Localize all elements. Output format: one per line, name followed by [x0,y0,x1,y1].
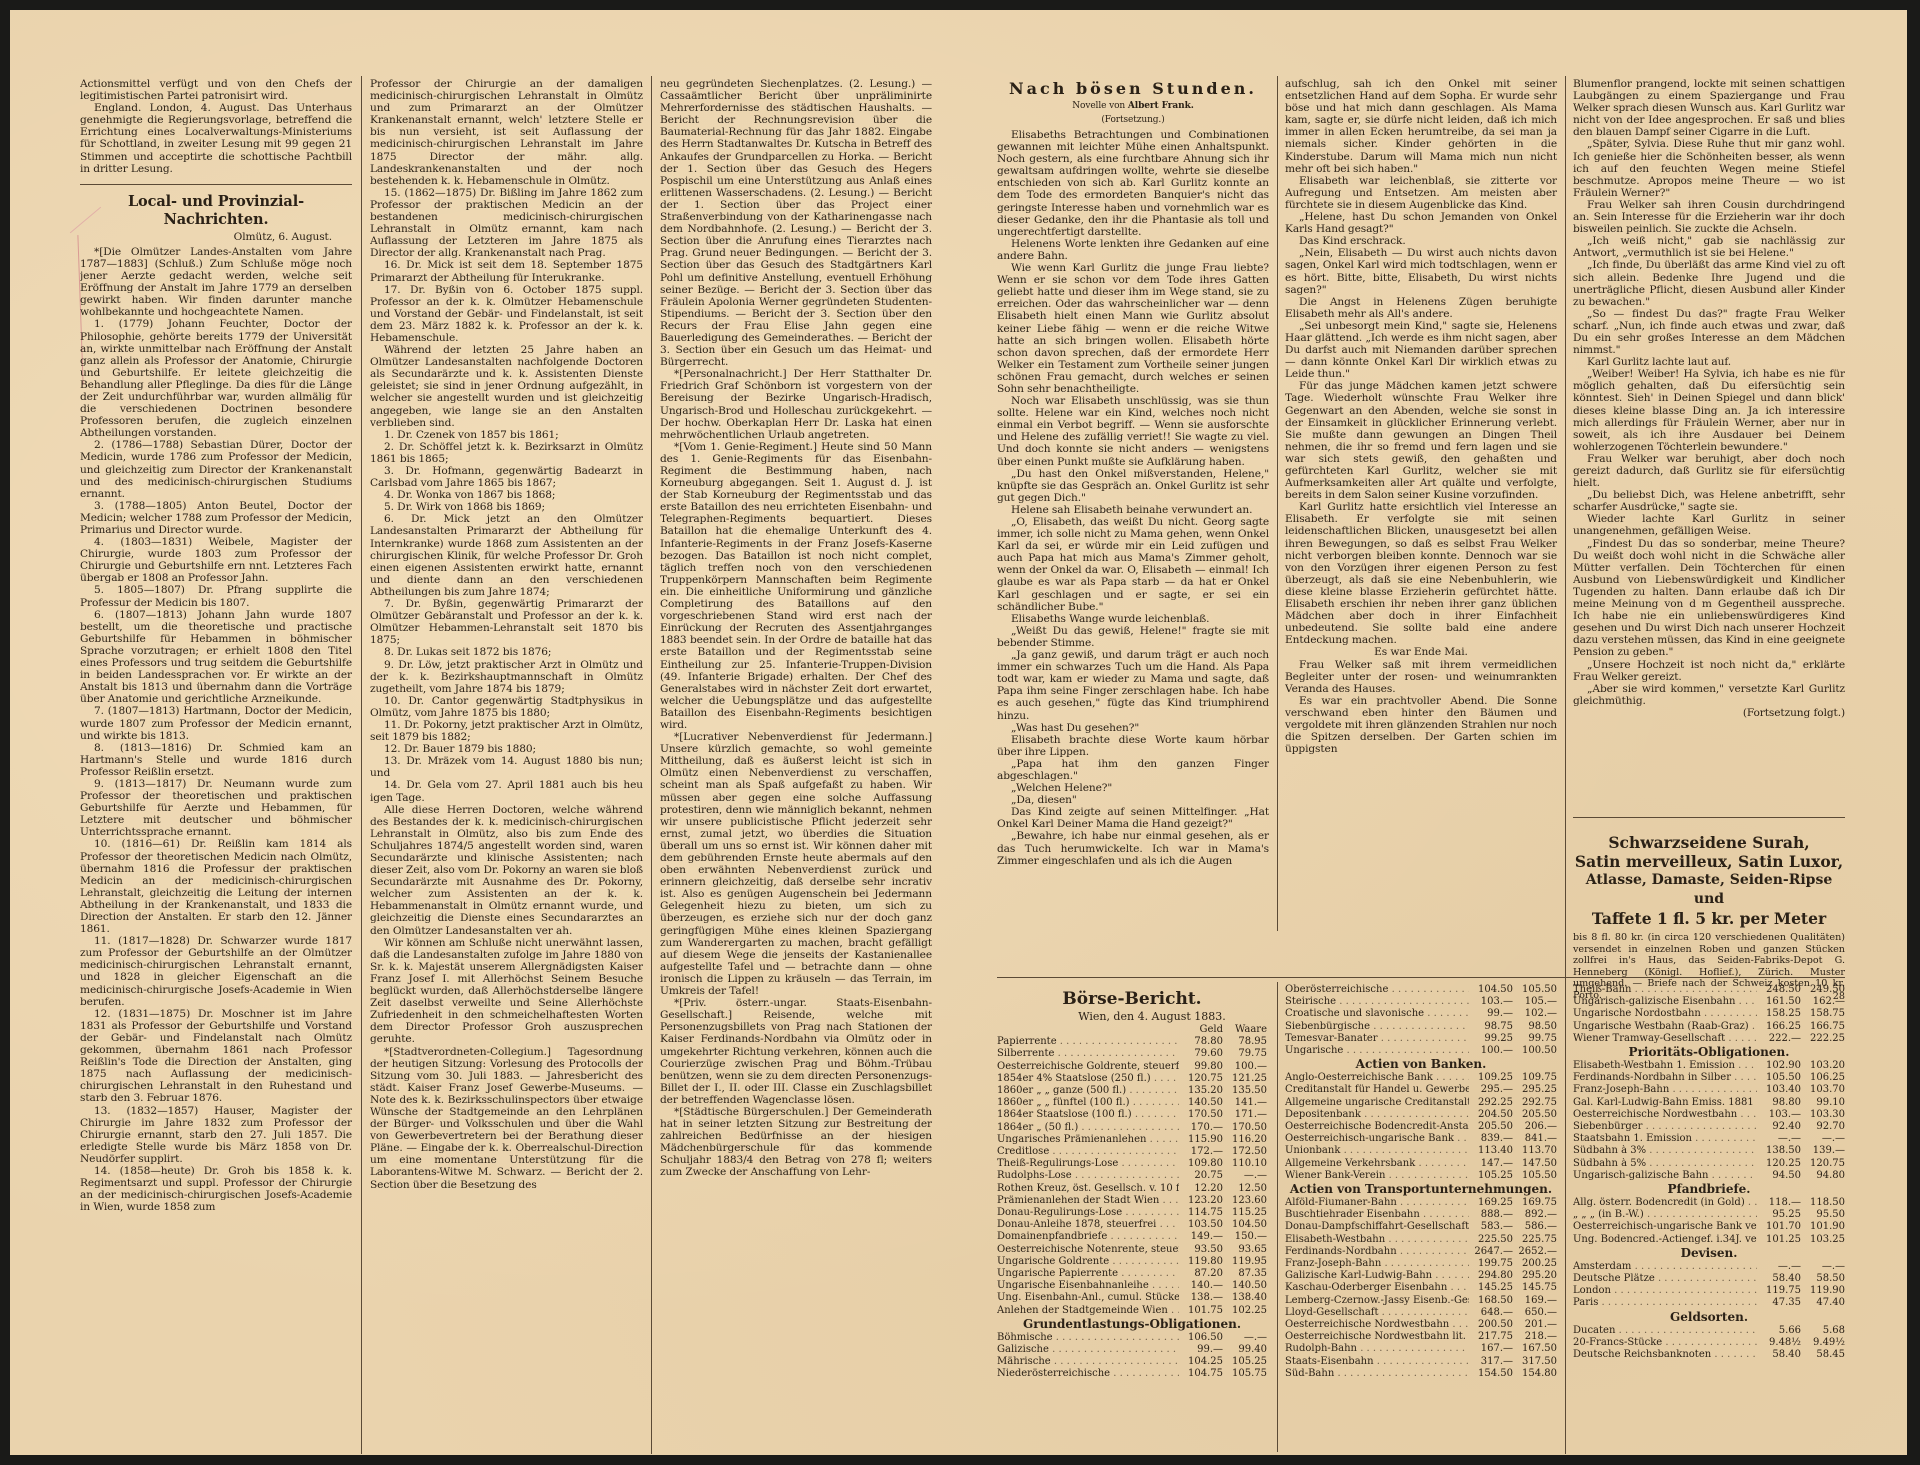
quote-name: Oesterreichische Nordwestbahn lit. B [1285,1331,1469,1343]
quote-row: Allgemeine ungarische Creditanstalt292.2… [1285,1097,1557,1109]
quote-row: Alföld-Fiumaner-Bahn169.25169.75 [1285,1197,1557,1209]
quote-waare: 78.95 [1223,1036,1267,1048]
quote-geld: 99.— [1469,1008,1513,1020]
quote-name: Mährische [997,1356,1179,1368]
quote-name: Staats-Eisenbahn [1285,1356,1469,1368]
quote-name: 20-Francs-Stücke [1573,1337,1757,1349]
quote-name: Rothen Kreuz, öst. Gesellsch. v. 10 fl. [997,1183,1179,1195]
quote-geld: 119.75 [1757,1285,1801,1297]
paragraph: „Ich finde, Du überläßt das arme Kind vi… [1573,259,1845,307]
quote-waare: 222.25 [1801,1033,1845,1045]
paragraph: „Ja ganz gewiß, und darum trägt er auch … [997,649,1269,722]
quote-name: Ung. Bodencred.-Actiengef. i.34J. verl. [1573,1234,1757,1246]
quote-waare: 295.25 [1513,1084,1557,1096]
quote-waare: 167.50 [1513,1343,1557,1355]
quote-geld: 103.40 [1757,1084,1801,1096]
paragraph: 14. Dr. Gela vom 27. April 1881 auch bis… [370,779,643,803]
quote-name: Rudolphs-Lose [997,1170,1179,1182]
quote-waare: 317.50 [1513,1356,1557,1368]
paragraph: „Unsere Hochzeit ist noch nicht da," erk… [1573,659,1845,683]
quote-waare: 154.80 [1513,1368,1557,1380]
quote-row: Staats-Eisenbahn317.—317.50 [1285,1356,1557,1368]
boerse-col-headers: Geld Waare [997,1024,1267,1036]
quote-geld: 115.90 [1179,1134,1223,1146]
paragraph: 13. Dr. Mräzek vom 14. August 1880 bis n… [370,755,643,779]
paragraph: Während der letzten 25 Jahre haben an Ol… [370,344,643,429]
quote-geld: 168.50 [1469,1295,1513,1307]
quote-name: Unionbank [1285,1145,1469,1157]
paragraph: *[Lucrativer Nebenverdienst für Jederman… [660,731,932,997]
quote-geld: 5.66 [1757,1325,1801,1337]
quote-name: Süd-Bahn [1285,1368,1469,1380]
quote-waare: 116.20 [1223,1134,1267,1146]
quote-row: Siebenbürger92.4092.70 [1573,1121,1845,1133]
quote-name: Siebenbürgische [1285,1021,1469,1033]
quote-row: Temesvar-Banater99.2599.75 [1285,1033,1557,1045]
quote-geld: 58.40 [1757,1349,1801,1361]
quote-waare: 105.75 [1223,1368,1267,1380]
column-2: Professor der Chirurgie an der damaligen… [370,78,643,1465]
quote-waare: 218.— [1513,1331,1557,1343]
paragraph: Wie wenn Karl Gurlitz die junge Frau lie… [997,262,1269,395]
paragraph: 6. Dr. Mick jetzt an den Olmützer Landes… [370,513,643,598]
quote-waare: 58.50 [1801,1273,1845,1285]
quote-name: 1854er 4% Staatslose (250 fl.) [997,1073,1179,1085]
quote-row: 1864er „ (50 fl.)170.—170.50 [997,1122,1267,1134]
novel-byline: Novelle von Albert Frank. [997,100,1269,113]
quote-name: Wiener Tramway-Gesellschaft [1573,1033,1757,1045]
quote-row: Ungarische Papierrente87.2087.35 [997,1268,1267,1280]
quote-geld: 79.60 [1179,1048,1223,1060]
quote-geld: 98.80 [1757,1097,1801,1109]
quote-name: Ungarisch-galizische Eisenbahn [1573,996,1757,1008]
quote-waare: 47.40 [1801,1297,1845,1309]
quote-name: Rudolph-Bahn [1285,1343,1469,1355]
quote-row: Ungarische Goldrente119.80119.95 [997,1256,1267,1268]
quote-row: „ „ „ (in B.-W.)95.2595.50 [1573,1209,1845,1221]
quote-name: Deutsche Reichsbanknoten [1573,1349,1757,1361]
paragraph: Frau Welker saß mit ihrem vermeidlichen … [1285,659,1557,695]
paragraph: „Bewahre, ich habe nur einmal gesehen, a… [997,830,1269,866]
quote-row: Niederösterreichische104.75105.75 [997,1368,1267,1380]
quote-row: Lloyd-Gesellschaft648.—650.— [1285,1307,1557,1319]
quote-waare: 158.75 [1801,1008,1845,1020]
quote-waare: 79.75 [1223,1048,1267,1060]
quote-name: Croatische und slavonische [1285,1008,1469,1020]
quote-row: Donau-Dampfschiffahrt-Gesellschaft583.—5… [1285,1221,1557,1233]
quote-row: Franz-Joseph-Bahn199.75200.25 [1285,1258,1557,1270]
dateline: Olmütz, 6. August. [80,231,352,243]
quote-geld: 78.80 [1179,1036,1223,1048]
quote-name: Franz-Joseph-Bahn [1573,1084,1757,1096]
paragraph: Das Kind zeigte auf seinen Mittelfinger.… [997,806,1269,830]
quote-geld: 205.50 [1469,1121,1513,1133]
quote-geld: 98.75 [1469,1021,1513,1033]
quote-waare: 103.25 [1801,1234,1845,1246]
quote-name: Ungarisch-galizische Bahn [1573,1170,1757,1182]
quote-name: London [1573,1285,1757,1297]
paragraph: Frau Welker war beruhigt, aber doch noch… [1573,453,1845,489]
quote-waare: 105.50 [1513,984,1557,996]
quote-geld: 101.75 [1179,1305,1223,1317]
quote-waare: 103.20 [1801,1060,1845,1072]
quote-waare: 94.80 [1801,1170,1845,1182]
paragraph: 4. Dr. Wonka von 1867 bis 1868; [370,489,643,501]
boerse-rule [997,977,1845,978]
paragraph: „Findest Du das so sonderbar, meine Theu… [1573,538,1845,659]
quote-row: Rudolphs-Lose20.75—.— [997,1170,1267,1182]
paragraph: „Sei unbesorgt mein Kind," sagte sie, He… [1285,320,1557,380]
quote-name: 1860er „ „ ganze (500 fl.) [997,1085,1179,1097]
paragraph: Es war ein prachtvoller Abend. Die Sonne… [1285,695,1557,755]
quote-geld: 99.— [1179,1344,1223,1356]
quote-row: Prämienanlehen der Stadt Wien123.20123.6… [997,1195,1267,1207]
quote-waare: 92.70 [1801,1121,1845,1133]
boerse-column-2: Oberösterreichische104.50105.50Steirisch… [1285,984,1557,1380]
boerse-list: Ducaten5.665.6820-Francs-Stücke9.48½9.49… [1573,1325,1845,1362]
quote-name: Lemberg-Czernow.-Jassy Eisenb.-Ges. [1285,1295,1469,1307]
feuilleton-rule [997,780,1845,781]
paragraph: Elisabeths Betrachtungen und Combination… [997,129,1269,238]
quote-row: Creditlose172.—172.50 [997,1146,1267,1158]
quote-name: Ferdinands-Nordbahn [1285,1246,1469,1258]
paragraph: „Aber sie wird kommen," versetzte Karl G… [1573,683,1845,707]
quote-row: Donau-Anleihe 1878, steuerfrei103.50104.… [997,1219,1267,1231]
quote-row: Staatsbahn 1. Emission—.——.— [1573,1133,1845,1145]
boerse-column-1: Börse-Bericht. Wien, den 4. August 1883.… [997,988,1267,1381]
author: Albert Frank. [1128,101,1194,111]
boerse-list: Amsterdam—.——.—Deutsche Plätze58.4058.50… [1573,1261,1845,1310]
paragraph: „Papa hat ihm den ganzen Finger abgeschl… [997,758,1269,782]
paragraph: 11. (1817—1828) Dr. Schwarzer wurde 1817… [80,935,352,1008]
quote-name: Staatsbahn 1. Emission [1573,1133,1757,1145]
paragraph: Elisabeth war leichenblaß, sie zitterte … [1285,175,1557,211]
paragraph: „Du beliebst Dich, was Helene anbetrifft… [1573,489,1845,513]
quote-waare: 841.— [1513,1133,1557,1145]
novel-title: Nach bösen Stunden. [997,78,1269,100]
quote-name: Donau-Dampfschiffahrt-Gesellschaft [1285,1221,1469,1233]
paragraph: Alle diese Herren Doctoren, welche währe… [370,804,643,937]
quote-waare: 99.40 [1223,1344,1267,1356]
quote-row: 1860er „ „ ganze (500 fl.)135.20135.50 [997,1085,1267,1097]
intro-text: Actionsmittel verfügt und von den Chefs … [80,78,352,102]
quote-row: Süd-Bahn154.50154.80 [1285,1368,1557,1380]
quote-geld: 101.70 [1757,1221,1801,1233]
paragraph: 15. (1862—1875) Dr. Bißling im Jahre 186… [370,187,643,260]
paragraph: 2. (1786—1788) Sebastian Dürer, Doctor d… [80,439,352,499]
quote-row: 1860er „ „ fünftel (100 fl.)140.50141.— [997,1097,1267,1109]
quote-geld: 119.80 [1179,1256,1223,1268]
quote-name: Creditanstalt für Handel u. Gewerbe [1285,1084,1469,1096]
quote-waare: 650.— [1513,1307,1557,1319]
quote-name: Südbahn à 3% [1573,1145,1757,1157]
paragraph: *[Stadtverordneten-Collegium.] Tagesordn… [370,1046,643,1191]
quote-waare: 295.20 [1513,1270,1557,1282]
quote-row: Allgemeine Verkehrsbank147.—147.50 [1285,1158,1557,1170]
quote-row: Allg. österr. Bodencredit (in Gold)118.—… [1573,1197,1845,1209]
quote-name: Donau-Regulirungs-Lose [997,1207,1179,1219]
paragraph: Elisabeth brachte diese Worte kaum hörba… [997,734,1269,758]
paragraph: „Du hast den Onkel mißverstanden, Helene… [997,468,1269,504]
paragraph: 8. (1813—1816) Dr. Schmied kam an Hartma… [80,742,352,778]
newspaper-page: Actionsmittel verfügt und von den Chefs … [10,10,1907,1455]
paragraph: *[Städtische Bürgerschulen.] Der Gemeind… [660,1106,932,1179]
paragraph: Noch war Elisabeth unschlüssig, was sie … [997,395,1269,468]
quote-geld: 199.75 [1469,1258,1513,1270]
paragraph: 2. Dr. Schöffel jetzt k. k. Bezirksarzt … [370,441,643,465]
boerse-list: Böhmische106.50—.—Galizische99.—99.40Mäh… [997,1332,1267,1381]
paragraph: *[Priv. österr.-ungar. Staats-Eisenbahn-… [660,997,932,1106]
quote-waare: 171.— [1223,1109,1267,1121]
quote-name: Allgemeine Verkehrsbank [1285,1158,1469,1170]
paragraph: „Helene, hast Du schon Jemanden von Onke… [1285,211,1557,235]
subsection-title: Grundentlastungs-Obligationen. [997,1317,1267,1332]
quote-geld: 99.25 [1469,1033,1513,1045]
paragraph: Blumenflor prangend, lockte mit seinen s… [1573,78,1845,138]
quote-row: Buschtiehrader Eisenbahn888.—892.— [1285,1209,1557,1221]
paragraph: Professor der Chirurgie an der damaligen… [370,78,643,187]
quote-row: Depositenbank204.50205.50 [1285,1109,1557,1121]
quote-geld: 140.— [1179,1280,1223,1292]
quote-waare: 9.49½ [1801,1337,1845,1349]
quote-row: Ferdinands-Nordbahn in Silber105.50106.2… [1573,1072,1845,1084]
quote-name: Steirische [1285,996,1469,1008]
quote-geld: 109.25 [1469,1072,1513,1084]
paragraph: 7. Dr. Byßin, gegenwärtig Primararzt der… [370,598,643,646]
paragraph: 5. Dr. Wirk von 1868 bis 1869; [370,501,643,513]
quote-row: Gal. Karl-Ludwig-Bahn Emiss. 188198.8099… [1573,1097,1845,1109]
quote-geld: 248.50 [1757,984,1801,996]
paragraph: „Später, Sylvia. Diese Ruhe thut mir gan… [1573,138,1845,198]
quote-geld: 166.25 [1757,1021,1801,1033]
quote-row: Deutsche Plätze58.4058.50 [1573,1273,1845,1285]
quote-waare: 87.35 [1223,1268,1267,1280]
quote-geld: 225.50 [1469,1234,1513,1246]
paragraph: 10. Dr. Cantor gegenwärtig Stadtphysikus… [370,695,643,719]
quote-geld: 104.50 [1469,984,1513,996]
quote-waare: 141.— [1223,1097,1267,1109]
quote-geld: 123.20 [1179,1195,1223,1207]
quote-row: Creditanstalt für Handel u. Gewerbe295.—… [1285,1084,1557,1096]
quote-name: Lloyd-Gesellschaft [1285,1307,1469,1319]
quote-row: Paris47.3547.40 [1573,1297,1845,1309]
quote-name: Theiß-Bahn [1573,984,1757,996]
quote-waare: 104.50 [1223,1219,1267,1231]
quote-row: Oesterreichisch-ungarische Bank839.—841.… [1285,1133,1557,1145]
quote-row: Ungarisch-galizische Eisenbahn161.50162.… [1573,996,1845,1008]
quote-geld: 103.50 [1179,1219,1223,1231]
paragraph: „Welchen Helene?" [997,782,1269,794]
quote-name: Oesterreichische Nordwestbahn [1573,1109,1757,1121]
quote-geld: 158.25 [1757,1008,1801,1020]
quote-row: London119.75119.90 [1573,1285,1845,1297]
quote-row: Lemberg-Czernow.-Jassy Eisenb.-Ges.168.5… [1285,1295,1557,1307]
quote-row: Ungarische100.—100.50 [1285,1045,1557,1057]
quote-row: Ungarisch-galizische Bahn94.5094.80 [1573,1170,1845,1182]
quote-row: Böhmische106.50—.— [997,1332,1267,1344]
paragraph: 11. Dr. Pokorny, jetzt praktischer Arzt … [370,719,643,743]
quote-name: Ungarische Eisenbahnanleihe [997,1280,1179,1292]
quote-name: Ung. Eisenbahn-Anl., cumul. Stücke [997,1292,1179,1304]
paragraph: Elisabeths Wange wurde leichenblaß. [997,613,1269,625]
paragraph: „Da, diesen" [997,794,1269,806]
quote-row: Kaschau-Oderberger Eisenbahn145.25145.75 [1285,1282,1557,1294]
quote-name: Ungarisches Prämienanlehen [997,1134,1179,1146]
boerse-column-3: Theiß-Bahn248.50249.50Ungarisch-galizisc… [1573,984,1845,1361]
quote-row: Silberrente79.6079.75 [997,1048,1267,1060]
quote-geld: 135.20 [1179,1085,1223,1097]
quote-waare: 205.50 [1513,1109,1557,1121]
novel-column-c: Blumenflor prangend, lockte mit seinen s… [1573,78,1845,778]
quote-name: Anglo-Oesterreichische Bank [1285,1072,1469,1084]
quote-waare: 119.90 [1801,1285,1845,1297]
subsection-title: Actien von Transportunternehmungen. [1285,1182,1557,1197]
subsection-title: Devisen. [1573,1246,1845,1261]
quote-name: Ungarische Westbahn (Raab-Graz) [1573,1021,1757,1033]
quote-waare: 100.50 [1513,1045,1557,1057]
quote-geld: 169.25 [1469,1197,1513,1209]
quote-row: Papierrente78.8078.95 [997,1036,1267,1048]
quote-geld: 20.75 [1179,1170,1223,1182]
quote-geld: 170.— [1179,1122,1223,1134]
boerse-list: Allg. österr. Bodencredit (in Gold)118.—… [1573,1197,1845,1246]
paragraph: „Weiber! Weiber! Ha Sylvia, ich habe es … [1573,368,1845,453]
ad-line: Taffete 1 fl. 5 kr. per Meter [1573,909,1845,928]
quote-waare: 121.25 [1223,1073,1267,1085]
quote-waare: 103.70 [1801,1084,1845,1096]
paragraph: Es war Ende Mai. [1285,646,1557,658]
quote-name: Deutsche Plätze [1573,1273,1757,1285]
byline-prefix: Novelle von [1072,101,1125,111]
quote-geld: 100.— [1469,1045,1513,1057]
column-3: neu gegründeten Siechenplatzes. (2. Lesu… [660,78,932,1465]
quote-name: 1864er „ (50 fl.) [997,1122,1179,1134]
quote-row: Franz-Joseph-Bahn103.40103.70 [1573,1084,1845,1096]
paragraph: 13. (1832—1857) Hauser, Magister der Chi… [80,1105,352,1165]
paragraph: Die Angst in Helenens Zügen beruhigte El… [1285,296,1557,320]
quote-waare: 892.— [1513,1209,1557,1221]
quote-row: Elisabeth-Westbahn225.50225.75 [1285,1234,1557,1246]
quote-waare: 206.— [1513,1121,1557,1133]
quote-name: „ „ „ (in B.-W.) [1573,1209,1757,1221]
quote-name: Allgemeine ungarische Creditanstalt [1285,1097,1469,1109]
quote-name: Allg. österr. Bodencredit (in Gold) [1573,1197,1757,1209]
quote-geld: 105.25 [1469,1170,1513,1182]
subsection-title: Pfandbriefe. [1573,1182,1845,1197]
quote-waare: —.— [1223,1170,1267,1182]
quote-geld: 161.50 [1757,996,1801,1008]
column-rule [1277,76,1278,931]
quote-waare: 169.75 [1513,1197,1557,1209]
paragraph: 12. Dr. Bauer 1879 bis 1880; [370,743,643,755]
quote-row: Rothen Kreuz, öst. Gesellsch. v. 10 fl.1… [997,1183,1267,1195]
quote-geld: 92.40 [1757,1121,1801,1133]
quote-name: Amsterdam [1573,1261,1757,1273]
quote-name: Oesterreichische Notenrente, steuerfrei [997,1244,1179,1256]
quote-geld: 118.— [1757,1197,1801,1209]
quote-row: Galizische Karl-Ludwig-Bahn294.80295.20 [1285,1270,1557,1282]
quote-waare: 102.— [1513,1008,1557,1020]
quote-name: Silberrente [997,1048,1179,1060]
quote-row: Donau-Regulirungs-Lose114.75115.25 [997,1207,1267,1219]
quote-geld: 222.— [1757,1033,1801,1045]
quote-row: 1864er Staatslose (100 fl.)170.50171.— [997,1109,1267,1121]
quote-name: Ungarische Goldrente [997,1256,1179,1268]
quote-waare: 147.50 [1513,1158,1557,1170]
quote-waare: 140.50 [1223,1280,1267,1292]
quote-waare: 110.10 [1223,1158,1267,1170]
quote-geld: 145.25 [1469,1282,1513,1294]
paragraph: 9. Dr. Löw, jetzt praktischer Arzt in Ol… [370,659,643,695]
quote-geld: 105.50 [1757,1072,1801,1084]
quote-waare: 101.90 [1801,1221,1845,1233]
paragraph: 4. (1803—1831) Weibele, Magister der Chi… [80,536,352,584]
quote-row: Anglo-Oesterreichische Bank109.25109.75 [1285,1072,1557,1084]
paragraph: „Ich weiß nicht," gab sie nachlässig zur… [1573,235,1845,259]
quote-waare: 138.40 [1223,1292,1267,1304]
quote-name: Galizische Karl-Ludwig-Bahn [1285,1270,1469,1282]
quote-geld: 99.80 [1179,1061,1223,1073]
paragraph: 6. (1807—1813) Johann Jahn wurde 1807 be… [80,609,352,706]
quote-waare: 2652.— [1513,1246,1557,1258]
quote-waare: 166.75 [1801,1021,1845,1033]
quote-waare: 5.68 [1801,1325,1845,1337]
ad-line: Atlasse, Damaste, Seiden-Ripse und [1573,871,1845,909]
quote-waare: 249.50 [1801,984,1845,996]
quote-name: Paris [1573,1297,1757,1309]
quote-name: Gal. Karl-Ludwig-Bahn Emiss. 1881 [1573,1097,1757,1109]
quote-geld: 167.— [1469,1343,1513,1355]
boerse-list: Papierrente78.8078.95Silberrente79.6079.… [997,1036,1267,1317]
quote-name: Ungarische Papierrente [997,1268,1179,1280]
quote-geld: 147.— [1469,1158,1513,1170]
quote-geld: 95.25 [1757,1209,1801,1221]
novel-column-a: Nach bösen Stunden. Novelle von Albert F… [997,78,1269,928]
paragraph: Helenens Worte lenkten ihre Gedanken auf… [997,238,1269,262]
quote-row: 1854er 4% Staatslose (250 fl.)120.75121.… [997,1073,1267,1085]
quote-row: 20-Francs-Stücke9.48½9.49½ [1573,1337,1845,1349]
paragraph: Karl Gurlitz hatte ersichtlich viel Inte… [1285,501,1557,646]
quote-geld: 138.— [1179,1292,1223,1304]
paragraph: 7. (1807—1813) Hartmann, Doctor der Medi… [80,705,352,741]
quote-name: Temesvar-Banater [1285,1033,1469,1045]
quote-row: Ferdinands-Nordbahn2647.—2652.— [1285,1246,1557,1258]
quote-row: Ungarisches Prämienanlehen115.90116.20 [997,1134,1267,1146]
quote-geld: 170.50 [1179,1109,1223,1121]
quote-row: Wiener Bank-Verein105.25105.50 [1285,1170,1557,1182]
quote-geld: 140.50 [1179,1097,1223,1109]
quote-row: Oesterreichische Bodencredit-Anstalt205.… [1285,1121,1557,1133]
paragraph: 10. (1816—61) Dr. Reißlin kam 1814 als P… [80,838,352,935]
quote-geld: 138.50 [1757,1145,1801,1157]
quote-row: Oesterreichische Nordwestbahn103.—103.30 [1573,1109,1845,1121]
quote-geld: 12.20 [1179,1183,1223,1195]
quote-row: Ung. Eisenbahn-Anl., cumul. Stücke138.—1… [997,1292,1267,1304]
quote-waare: 169.— [1513,1295,1557,1307]
quote-row: Domainenpfandbriefe149.—150.— [997,1231,1267,1243]
quote-geld: 103.— [1469,996,1513,1008]
quote-waare: 123.60 [1223,1195,1267,1207]
quote-row: Ungarische Westbahn (Raab-Graz)166.25166… [1573,1021,1845,1033]
quote-name: Oberösterreichische [1285,984,1469,996]
paragraph: „Nein, Elisabeth — Du wirst auch nichts … [1285,247,1557,295]
quote-geld: 113.40 [1469,1145,1513,1157]
boerse-list: Theiß-Bahn248.50249.50Ungarisch-galizisc… [1573,984,1845,1045]
quote-geld: 317.— [1469,1356,1513,1368]
quote-waare: 225.75 [1513,1234,1557,1246]
boerse-list: Elisabeth-Westbahn 1. Emission102.90103.… [1573,1060,1845,1182]
quote-row: Elisabeth-Westbahn 1. Emission102.90103.… [1573,1060,1845,1072]
